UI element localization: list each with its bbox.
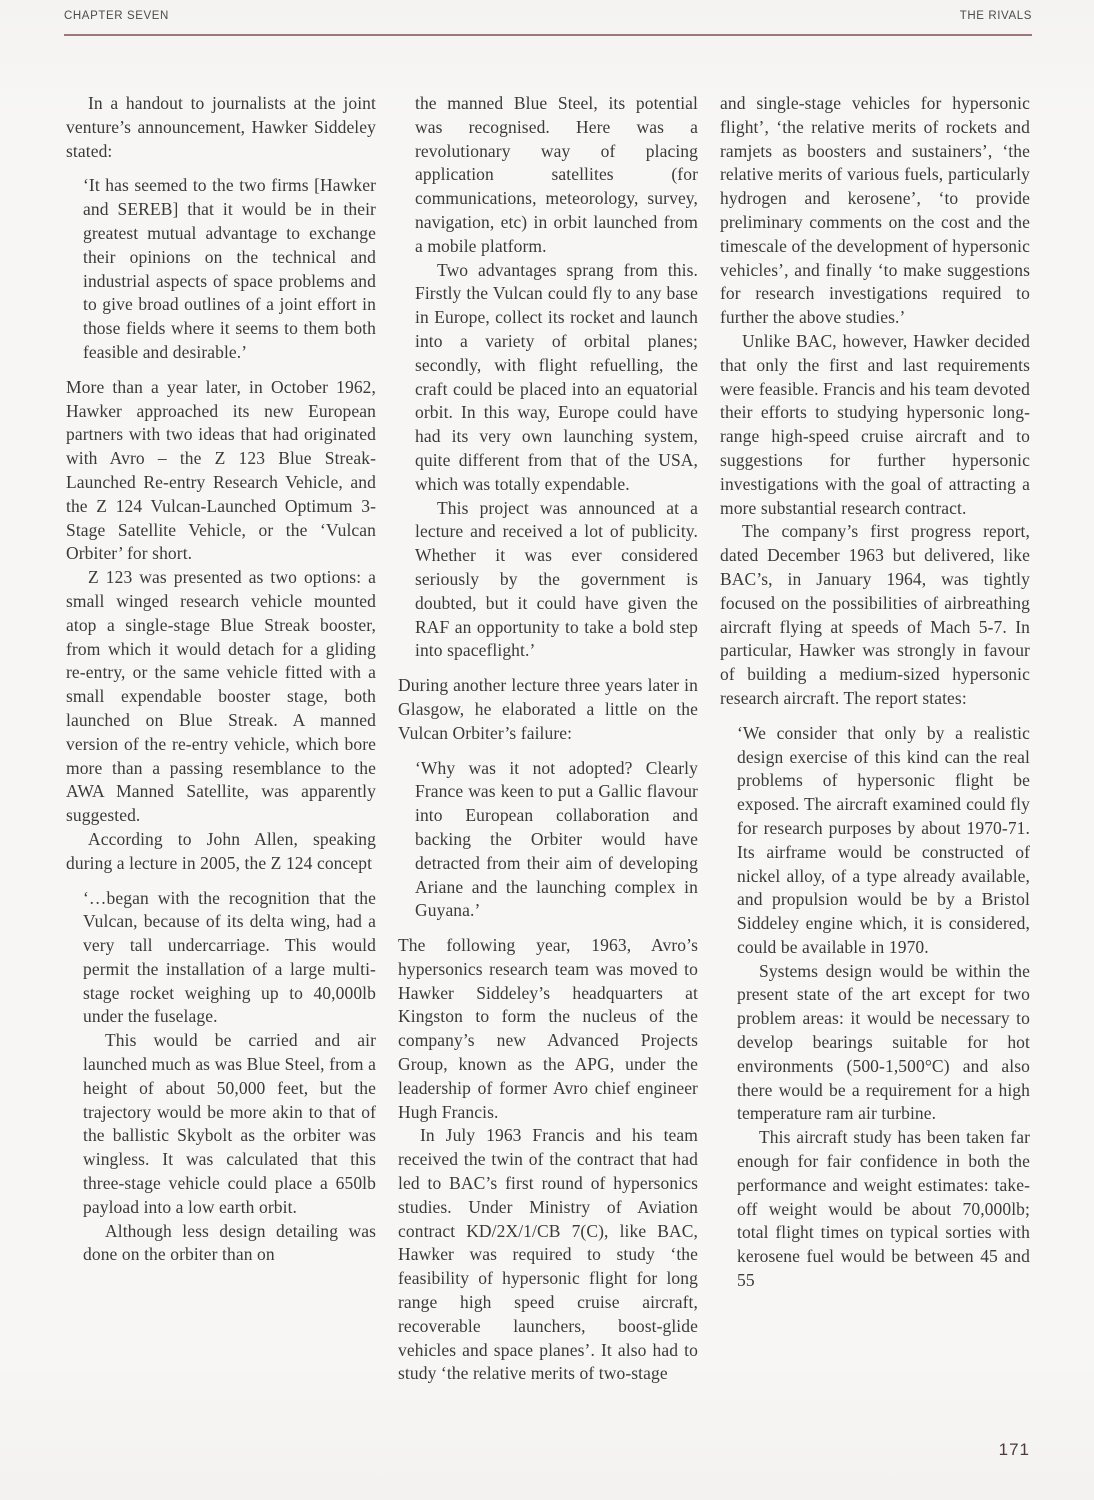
block-quote: ‘…began with the recognition that the Vu… <box>66 887 376 1030</box>
running-head-chapter: CHAPTER SEVEN <box>64 10 169 22</box>
block-quote: the manned Blue Steel, its potential was… <box>398 92 698 259</box>
block-quote: ‘We consider that only by a realistic de… <box>720 722 1030 960</box>
page-number: 171 <box>999 1440 1030 1459</box>
paragraph: According to John Allen, speaking during… <box>66 828 376 876</box>
running-head-title: THE RIVALS <box>960 10 1032 22</box>
text-column-1: In a handout to journalists at the joint… <box>66 92 376 1386</box>
paragraph: In July 1963 Francis and his team receiv… <box>398 1124 698 1386</box>
paragraph: More than a year later, in October 1962,… <box>66 376 376 566</box>
block-quote: Although less design detailing was done … <box>66 1220 376 1268</box>
block-quote: Systems design would be within the prese… <box>720 960 1030 1127</box>
book-page: { "header": { "left": "CHAPTER SEVEN", "… <box>0 0 1094 1500</box>
block-quote: This project was announced at a lecture … <box>398 497 698 664</box>
paragraph: In a handout to journalists at the joint… <box>66 92 376 163</box>
paragraph: Z 123 was presented as two options: a sm… <box>66 566 376 828</box>
paragraph: Unlike BAC, however, Hawker decided that… <box>720 330 1030 520</box>
paragraph: The company’s first progress report, dat… <box>720 520 1030 710</box>
header-rule <box>64 34 1032 36</box>
block-quote: This would be carried and air launched m… <box>66 1029 376 1219</box>
block-quote: Two advantages sprang from this. Firstly… <box>398 259 698 497</box>
running-heads: CHAPTER SEVEN THE RIVALS <box>64 10 1032 22</box>
page-header: CHAPTER SEVEN THE RIVALS <box>64 10 1032 44</box>
text-column-2: the manned Blue Steel, its potential was… <box>398 92 698 1386</box>
paragraph: and single-stage vehicles for hypersonic… <box>720 92 1030 330</box>
block-quote: This aircraft study has been taken far e… <box>720 1126 1030 1293</box>
paragraph: The following year, 1963, Avro’s hyperso… <box>398 934 698 1124</box>
page-footer: 171 <box>999 1440 1030 1460</box>
page-body: In a handout to journalists at the joint… <box>66 92 1030 1386</box>
paragraph: During another lecture three years later… <box>398 674 698 745</box>
block-quote: ‘Why was it not adopted? Clearly France … <box>398 757 698 924</box>
block-quote: ‘It has seemed to the two firms [Hawker … <box>66 174 376 364</box>
text-column-3: and single-stage vehicles for hypersonic… <box>720 92 1030 1386</box>
